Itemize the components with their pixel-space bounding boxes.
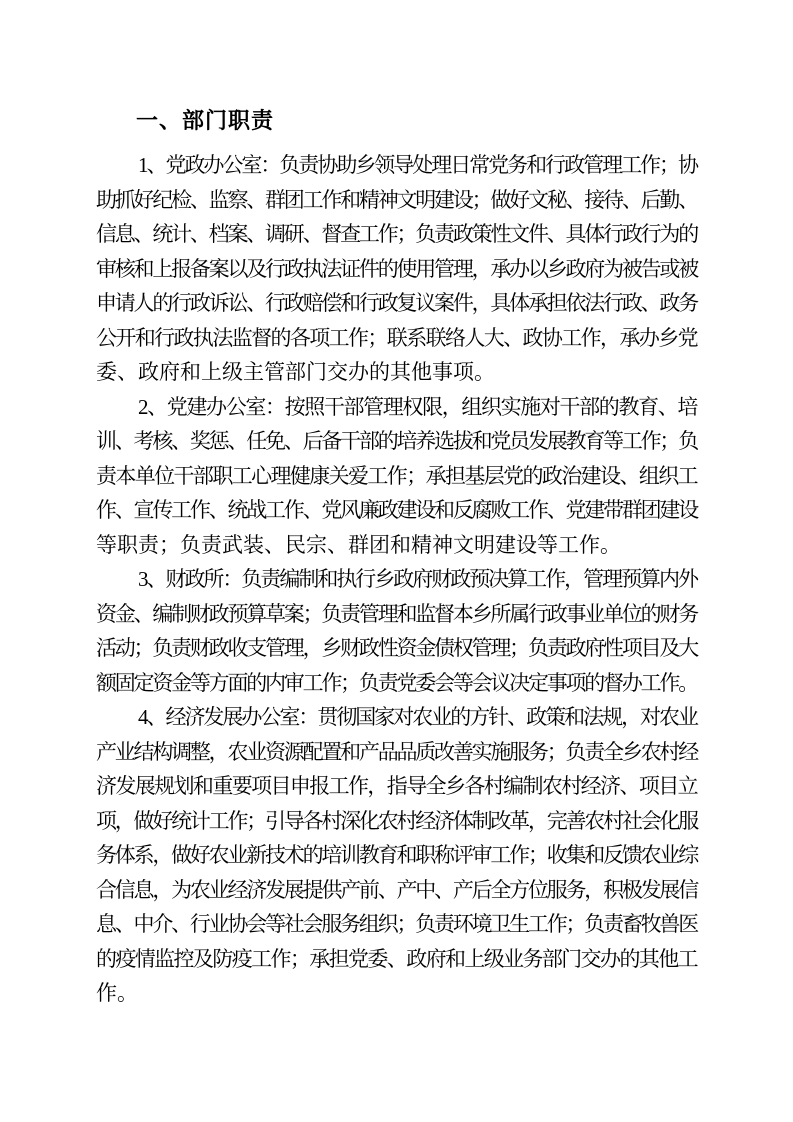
text-line: 的疫情监控及防疫工作；承担党委、政府和上级业务部门交办的其他工 [96, 942, 697, 977]
text-line: 公开和行政执法监督的各项工作；联系联络人大、政协工作，承办乡党 [96, 321, 697, 356]
text-line: 济发展规划和重要项目申报工作，指导全乡各村编制农村经济、项目立 [96, 769, 697, 804]
paragraph: 4、经济发展办公室：贯彻国家对农业的方针、政策和法规，对农业产业结构调整，农业资… [96, 700, 697, 1011]
text-line: 2、党建办公室：按照干部管理权限，组织实施对干部的教育、培 [96, 390, 697, 425]
text-line: 4、经济发展办公室：贯彻国家对农业的方针、政策和法规，对农业 [96, 700, 697, 735]
text-line: 训、考核、奖惩、任免、后备干部的培养选拔和党员发展教育等工作；负 [96, 424, 697, 459]
paragraph: 3、财政所：负责编制和执行乡政府财政预决算工作，管理预算内外资金、编制财政预算草… [96, 562, 697, 700]
text-line: 1、党政办公室：负责协助乡领导处理日常党务和行政管理工作；协 [96, 148, 697, 183]
text-line: 合信息，为农业经济发展提供产前、产中、产后全方位服务，积极发展信 [96, 873, 697, 908]
paragraph: 1、党政办公室：负责协助乡领导处理日常党务和行政管理工作；协助抓好纪检、监察、群… [96, 148, 697, 390]
document-body: 一、部门职责 1、党政办公室：负责协助乡领导处理日常党务和行政管理工作；协助抓好… [96, 108, 697, 1011]
text-line: 申请人的行政诉讼、行政赔偿和行政复议案件，具体承担依法行政、政务 [96, 286, 697, 321]
text-line: 审核和上报备案以及行政执法证件的使用管理，承办以乡政府为被告或被 [96, 252, 697, 287]
paragraphs-container: 1、党政办公室：负责协助乡领导处理日常党务和行政管理工作；协助抓好纪检、监察、群… [96, 148, 697, 1011]
text-line: 3、财政所：负责编制和执行乡政府财政预决算工作，管理预算内外 [96, 562, 697, 597]
document-page: 一、部门职责 1、党政办公室：负责协助乡领导处理日常党务和行政管理工作；协助抓好… [0, 0, 793, 1122]
text-line: 务体系，做好农业新技术的培训教育和职称评审工作；收集和反馈农业综 [96, 838, 697, 873]
section-heading: 一、部门职责 [96, 108, 697, 148]
text-line: 作、宣传工作、统战工作、党风廉政建设和反腐败工作、党建带群团建设 [96, 493, 697, 528]
text-line: 委、政府和上级主管部门交办的其他事项。 [96, 355, 697, 390]
text-line: 责本单位干部职工心理健康关爱工作；承担基层党的政治建设、组织工 [96, 459, 697, 494]
text-line: 额固定资金等方面的内审工作；负责党委会等会议决定事项的督办工作。 [96, 666, 697, 701]
text-line: 助抓好纪检、监察、群团工作和精神文明建设；做好文秘、接待、后勤、 [96, 183, 697, 218]
text-line: 作。 [96, 976, 697, 1011]
text-line: 资金、编制财政预算草案；负责管理和监督本乡所属行政事业单位的财务 [96, 597, 697, 632]
text-line: 项，做好统计工作；引导各村深化农村经济体制改革，完善农村社会化服 [96, 804, 697, 839]
text-line: 活动；负责财政收支管理，乡财政性资金债权管理；负责政府性项目及大 [96, 631, 697, 666]
text-line: 产业结构调整，农业资源配置和产品品质改善实施服务；负责全乡农村经 [96, 735, 697, 770]
text-line: 息、中介、行业协会等社会服务组织；负责环境卫生工作；负责畜牧兽医 [96, 907, 697, 942]
text-line: 等职责；负责武装、民宗、群团和精神文明建设等工作。 [96, 528, 697, 563]
paragraph: 2、党建办公室：按照干部管理权限，组织实施对干部的教育、培训、考核、奖惩、任免、… [96, 390, 697, 563]
text-line: 信息、统计、档案、调研、督查工作；负责政策性文件、具体行政行为的 [96, 217, 697, 252]
